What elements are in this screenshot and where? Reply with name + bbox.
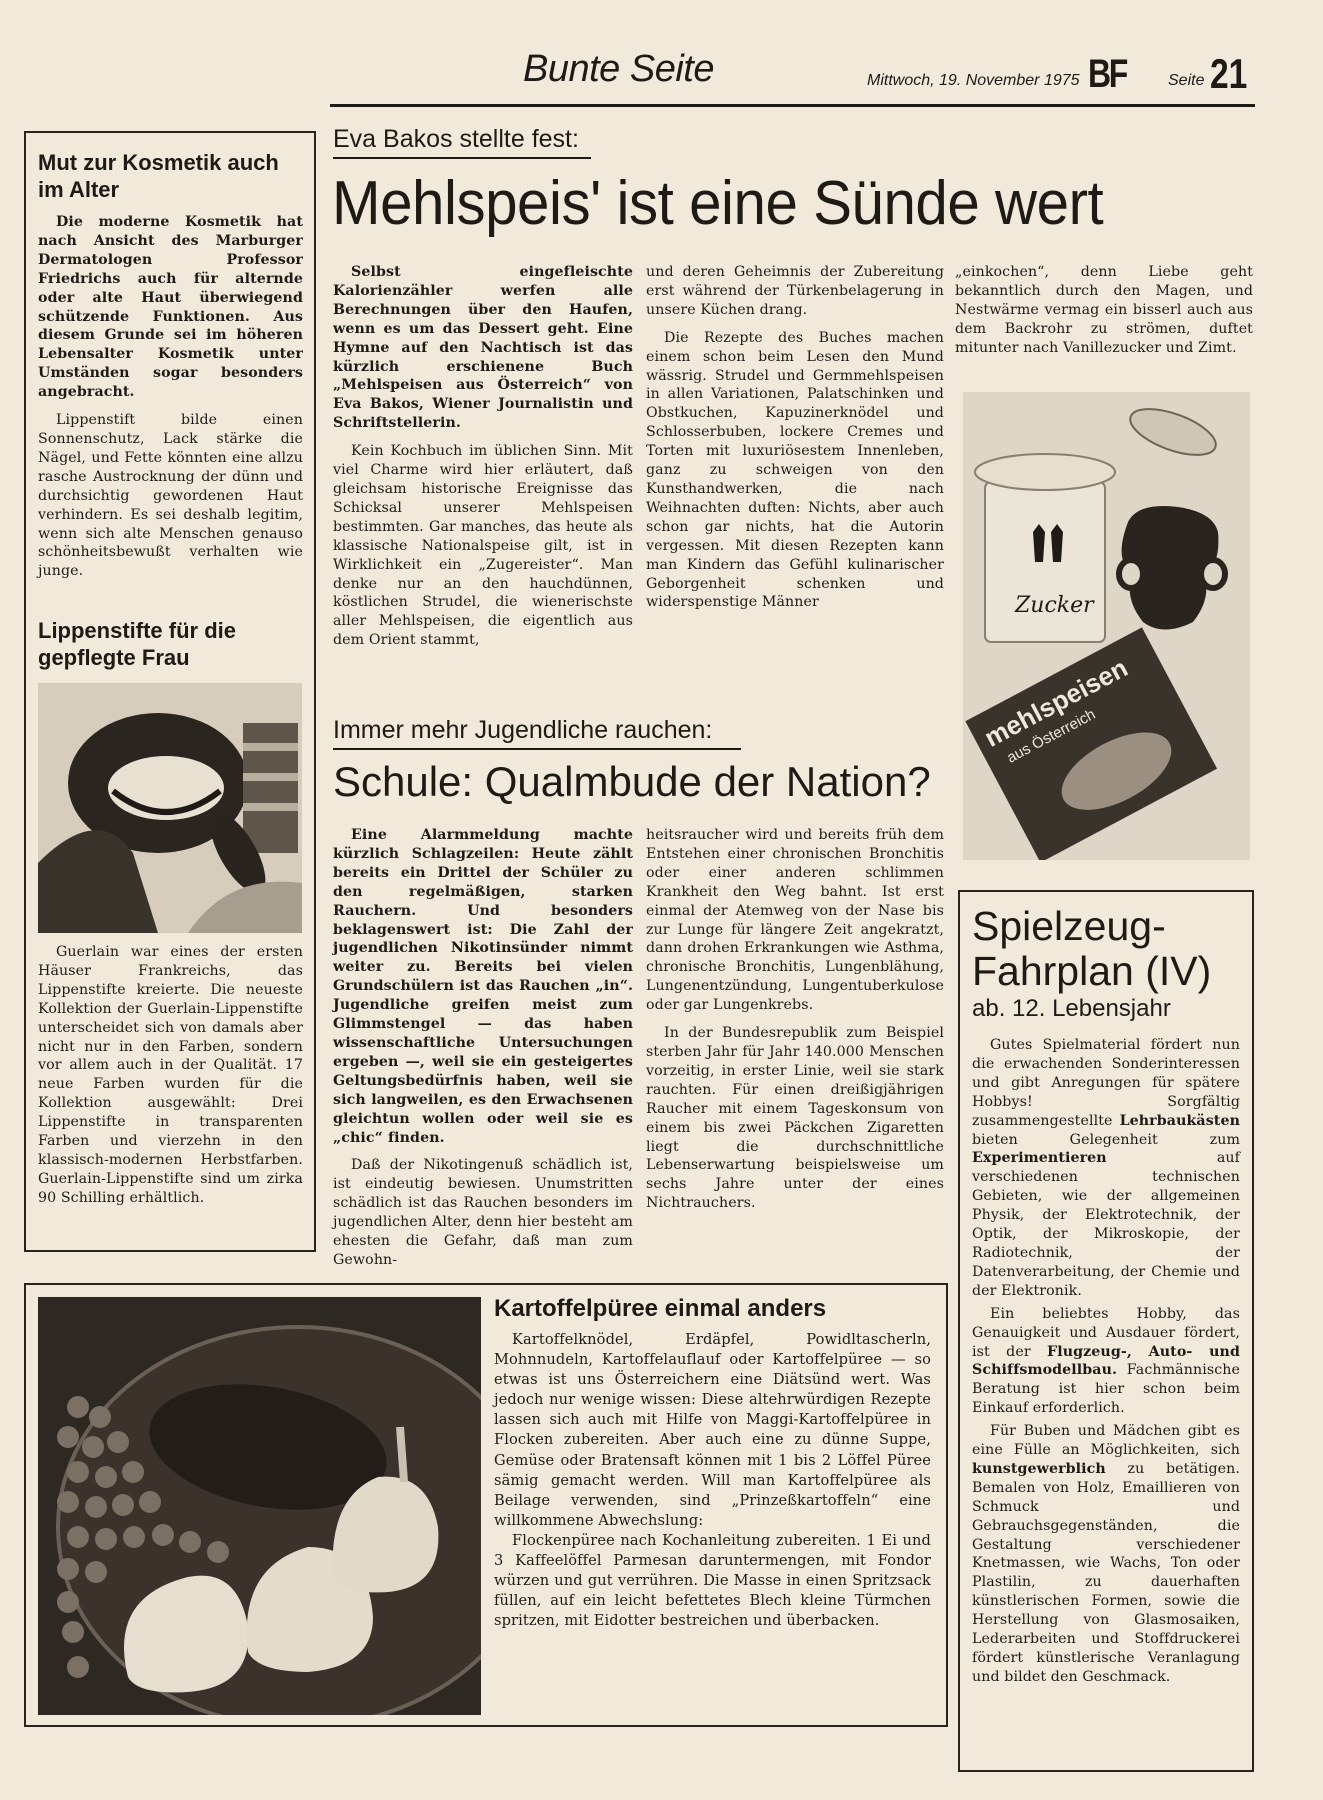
potato-puree-headline: Kartoffelpüree einmal anders [494,1295,826,1323]
smoking-lead: Eine Alarmmeldung machte kürzlich Schlag… [333,826,633,1147]
pastry-column-1: Selbst eingefleischte Kalorienzähler wer… [333,263,633,650]
pastry-paragraph-continued: „einkochen“, denn Liebe geht bekanntlich… [955,263,1253,358]
lipstick-headline: Lippenstifte für die gepflegte Frau [38,617,303,671]
pastry-column-2: und deren Geheimnis der Zubereitung erst… [646,263,944,612]
potato-puree-paragraph: Kartoffelknödel, Erdäpfel, Powidltascher… [494,1330,931,1531]
lipstick-photo [38,683,302,933]
smoking-headline: Schule: Qualmbude der Nation? [333,758,931,806]
cosmetics-body: Die moderne Kosmetik hat nach Ansicht de… [38,213,303,581]
still-life-illustration-icon: Zucker mehlspeisen aus Österreich [963,392,1250,860]
pastry-lead: Selbst eingefleischte Kalorienzähler wer… [333,263,633,433]
smoking-column-1: Eine Alarmmeldung machte kürzlich Schlag… [333,826,633,1270]
cosmetics-article-box: Mut zur Kosmetik auch im Alter Die moder… [24,131,316,1252]
pastry-headline: Mehlspeis' ist eine Sünde wert [332,168,1103,239]
toy-guide-headline-line-2: Fahrplan (IV) [972,949,1211,994]
toy-guide-subheadline: ab. 12. Lebensjahr [972,995,1171,1023]
cosmetics-lead: Die moderne Kosmetik hat nach Ansicht de… [38,213,303,402]
lipstick-body: Guerlain war eines der ersten Häuser Fra… [38,943,303,1208]
toy-guide-headline-line-1: Spielzeug- [972,904,1211,949]
toy-guide-box: Spielzeug- Fahrplan (IV) ab. 12. Lebensj… [958,890,1254,1772]
sugar-jar-and-cookbook-photo: Zucker mehlspeisen aus Österreich [963,392,1250,860]
toy-guide-body: Gutes Spielmaterial fördert nun die erwa… [972,1036,1240,1687]
lipstick-paragraph: Guerlain war eines der ersten Häuser Fra… [38,943,303,1208]
pastry-column-3: „einkochen“, denn Liebe geht bekanntlich… [955,263,1253,358]
lips-illustration-icon [38,683,302,933]
toy-guide-paragraph: Ein beliebtes Hobby, das Genauigkeit und… [972,1305,1240,1418]
toy-guide-paragraph: Für Buben und Mädchen gibt es eine Fülle… [972,1422,1240,1687]
kicker-underline [333,748,741,750]
newspaper-logo: BF [1088,52,1126,97]
pastry-paragraph-continued: und deren Geheimnis der Zubereitung erst… [646,263,944,320]
cosmetics-headline: Mut zur Kosmetik auch im Alter [38,149,303,203]
kicker-underline [333,157,591,159]
pastry-paragraph: Kein Kochbuch im üblichen Sinn. Mit viel… [333,442,633,650]
potato-puree-box: Kartoffelpüree einmal anders Kartoffelkn… [24,1283,948,1727]
toy-guide-headline: Spielzeug- Fahrplan (IV) [972,904,1211,994]
pastry-kicker: Eva Bakos stellte fest: [333,125,579,154]
smoking-kicker: Immer mehr Jugendliche rauchen: [333,716,712,745]
smoking-paragraph: Daß der Nikotingenuß schädlich ist, ist … [333,1156,633,1269]
food-plate-illustration-icon [38,1297,481,1715]
smoking-paragraph: In der Bundesrepublik zum Beispiel sterb… [646,1024,944,1213]
potato-puree-recipe: Flockenpüree nach Kochanleitung zubereit… [494,1531,931,1631]
cosmetics-paragraph: Lippenstift bilde einen Sonnenschutz, La… [38,411,303,581]
smoking-column-2: heitsraucher wird und bereits früh dem E… [646,826,944,1213]
masthead-rule [330,104,1255,107]
page-label: Seite [1168,72,1204,90]
duchess-potatoes-photo [38,1297,481,1715]
potato-puree-body: Kartoffelknödel, Erdäpfel, Powidltascher… [494,1330,931,1631]
jar-label: Zucker [1014,593,1095,618]
pastry-paragraph: Die Rezepte des Buches machen einem scho… [646,329,944,613]
page-number: 21 [1210,50,1247,98]
issue-date: Mittwoch, 19. November 1975 [867,72,1080,90]
smoking-paragraph-continued: heitsraucher wird und bereits früh dem E… [646,826,944,1015]
section-title: Bunte Seite [523,48,714,91]
toy-guide-paragraph: Gutes Spielmaterial fördert nun die erwa… [972,1036,1240,1301]
